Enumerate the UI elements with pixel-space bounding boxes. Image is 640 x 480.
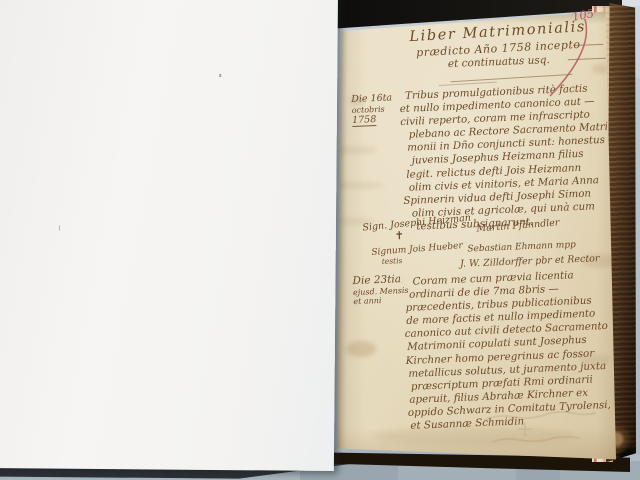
paper-speck	[219, 74, 221, 77]
margin-line: et anni	[353, 295, 409, 307]
blank-left-page	[0, 0, 338, 471]
margin-line: Die 16ta	[351, 92, 392, 105]
margin-line-underlined: 1758	[352, 115, 377, 127]
entry1-body: Tribus promulgationibus ritè factis et n…	[399, 82, 615, 234]
signature-cross-mark: ✝	[395, 229, 405, 242]
paper-speck	[59, 226, 60, 231]
signature-qualifier: testis	[382, 256, 403, 266]
signature: J. W. Zilldorffer pbr et Rector	[460, 253, 600, 270]
folio-flourish	[545, 16, 591, 100]
margin-line: Die 23tia	[352, 273, 401, 287]
entry1-margin-date: Die 16ta octobris 1758	[351, 92, 393, 127]
scanned-register-photo: Liber Matrimonialis prædicto Año 1758 in…	[0, 0, 640, 480]
entry2-margin-date: Die 23tia ejusd. Mensis et anni	[352, 274, 409, 307]
signature: Sebastian Ehmann mpp	[467, 240, 576, 254]
bleed-through-scribbles	[478, 406, 613, 462]
signature: Signum Jois Hueber	[371, 241, 463, 258]
title-underline	[439, 82, 497, 86]
